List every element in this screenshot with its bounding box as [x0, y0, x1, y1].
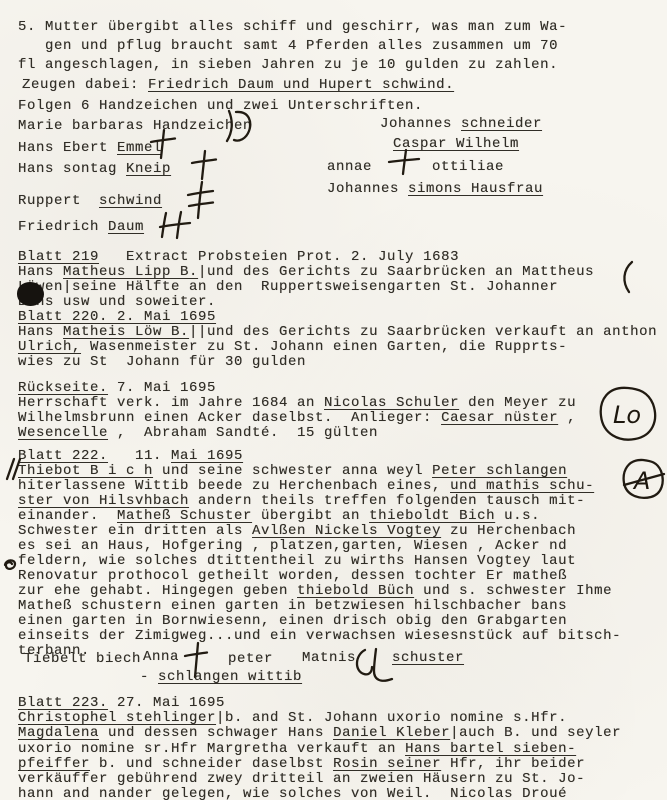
signature-emmel: Hans Ebert Emmel: [18, 140, 162, 156]
text-segment: Folgen 6 Handzeichen und zwei Unterschri…: [18, 98, 423, 114]
ink-blot: [17, 282, 44, 306]
text-line: es sei an Haus, Hofgering , platzen,gart…: [18, 539, 621, 554]
text-line: Schwester ein dritten als Avlßen Nickels…: [18, 524, 621, 539]
text-line: Rückseite. 7. Mai 1695: [18, 381, 576, 396]
text-segment: schuster: [392, 650, 464, 666]
text-segment: Wasenmeister zu St. Johann einen Garten,…: [81, 339, 567, 355]
text-segment: Tiebelt biech: [24, 651, 141, 667]
text-segment: pfeiffer: [18, 756, 90, 772]
text-segment: 5. Mutter übergibt alles schiff und gesc…: [18, 19, 567, 35]
text-segment: Wilhelmsbrunn einen Acker daselbst. Anli…: [18, 410, 441, 426]
text-segment: Blatt 222.: [18, 448, 108, 464]
text-segment: Johannes: [327, 181, 408, 197]
text-line: Matheß schustern einen garten in betzwie…: [18, 599, 621, 614]
text-segment: Caesar nüster: [441, 410, 558, 426]
text-segment: Zeugen dabei:: [22, 77, 148, 93]
h-handmark-icon: [158, 211, 192, 239]
text-segment: Blatt 219: [18, 249, 99, 265]
text-segment: zu Herchenbach: [441, 523, 576, 539]
text-line: einseits der Zimigweg...und ein verwachs…: [18, 629, 621, 644]
annotation-a-text: A: [632, 467, 650, 495]
text-segment: Nicolas Droué: [450, 786, 567, 800]
margin-annotation-lo: Lo: [596, 385, 660, 443]
text-segment: hann and nander gelegen, wie solches von…: [18, 786, 450, 800]
text-segment: Blatt 223.: [18, 695, 108, 711]
text-segment: Daum: [108, 219, 144, 235]
text-segment: 7. Mai 1695: [108, 380, 216, 396]
signature-schlangen-wittib: - schlangen wittib: [140, 669, 302, 685]
text-segment: und dessen schwager Hans: [99, 725, 333, 741]
text-segment: den Meyer zu: [459, 395, 576, 411]
cross-handmark-icon: [388, 149, 420, 175]
text-segment: Hfr, ihr beider: [441, 756, 585, 772]
text-line: wies zu St Johann für 30 gulden: [18, 355, 657, 370]
text-segment: u.s.: [495, 508, 540, 524]
text-segment: Löwen|seine Hälfte an den Ruppertsweisen…: [18, 279, 558, 295]
paren-handmark-icon: [620, 261, 634, 293]
text-segment: uxorio nomine sr.Hfr Margretha verkauft …: [18, 741, 405, 757]
text-segment: Avlßen Nickels Vogtey: [252, 523, 441, 539]
text-segment: annae: [327, 159, 372, 175]
text-segment: einseits der Zimigweg...und ein verwachs…: [18, 628, 621, 644]
text-segment: Matheis Löw B.: [63, 324, 189, 340]
text-segment: ,: [558, 410, 576, 426]
text-line: hann and nander gelegen, wie solches von…: [18, 787, 621, 800]
text-segment: schneider: [461, 116, 542, 132]
scribble-handmark-icon: [2, 556, 18, 572]
text-segment: andern theils treffen folgenden tausch m…: [189, 493, 585, 509]
text-line: Zeugen dabei: Friedrich Daum und Hupert …: [22, 78, 454, 93]
text-segment: Daniel Kleber: [333, 725, 450, 741]
text-segment: 27. Mai 1695: [108, 695, 225, 711]
text-segment: -: [140, 669, 158, 685]
signature-schneider: Johannes schneider: [380, 116, 542, 132]
signature-matnis: Matnis: [302, 650, 356, 666]
text-segment: Renovatur prothocol getheilt worden, des…: [18, 568, 567, 584]
text-segment: Kneip: [126, 161, 171, 177]
signature-ottiliae: ottiliae: [432, 159, 504, 175]
signature-schuster: schuster: [392, 650, 464, 666]
text-segment: Mai 1695: [171, 448, 243, 464]
text-segment: und seine schwester anna weyl: [153, 463, 432, 479]
text-segment: fl angeschlagen, in sieben Jahren zu je …: [18, 57, 558, 73]
signature-anna: Anna: [143, 649, 179, 665]
text-segment: Nicolas Schuler: [324, 395, 459, 411]
signature-daum: Friedrich Daum: [18, 219, 144, 235]
text-segment: Schwester ein dritten als: [18, 523, 252, 539]
signature-simons: Johannes simons Hausfrau: [327, 181, 543, 197]
section-blatt-223: Blatt 223. 27. Mai 1695Christophel stehl…: [18, 696, 621, 800]
text-line: Blatt 223. 27. Mai 1695: [18, 696, 621, 711]
text-segment: Thiebot B i c h: [18, 463, 153, 479]
text-line: Bans usw und soweiter.: [18, 295, 657, 310]
section-blatt-222: Blatt 222. 11. Mai 1695Thiebot B i c h u…: [18, 449, 621, 659]
text-segment: Matheß schustern einen garten in betzwie…: [18, 598, 567, 614]
text-segment: Friedrich: [18, 219, 108, 235]
text-segment: schlangen wittib: [158, 669, 302, 685]
text-line: Magdalena und dessen schwager Hans Danie…: [18, 726, 621, 741]
text-segment: Hans: [18, 324, 63, 340]
text-segment: Hans sontag: [18, 161, 126, 177]
text-line: Blatt 222. 11. Mai 1695: [18, 449, 621, 464]
text-segment: peter: [228, 651, 273, 667]
text-line: Wilhelmsbrunn einen Acker daselbst. Anli…: [18, 411, 576, 426]
text-segment: Magdalena: [18, 725, 99, 741]
text-line: zur ehe gehabt. Hingegen geben thiebold …: [18, 584, 621, 599]
text-line: feldern, wie solches dtittentheil zu wir…: [18, 554, 621, 569]
text-segment: Hans: [18, 264, 63, 280]
text-segment: , Abraham Sandté. 15 gülten: [108, 425, 378, 441]
text-segment: ster von Hilsvhbach: [18, 493, 189, 509]
signature-schwind: Ruppert schwind: [18, 193, 162, 209]
slashes-handmark-icon: [5, 458, 21, 480]
text-line: Renovatur prothocol getheilt worden, des…: [18, 569, 621, 584]
text-line: ster von Hilsvhbach andern theils treffe…: [18, 494, 621, 509]
text-segment: ottiliae: [432, 159, 504, 175]
text-segment: und s. schwester Ihme: [414, 583, 612, 599]
text-segment: Johannes: [380, 116, 461, 132]
text-segment: feldern, wie solches dtittentheil zu wir…: [18, 553, 576, 569]
text-segment: Anna: [143, 649, 179, 665]
text-segment: thieboldt Bich: [369, 508, 495, 524]
text-line: Blatt 219 Extract Probsteien Prot. 2. Ju…: [18, 250, 657, 265]
text-line: Blatt 220. 2. Mai 1695: [18, 310, 657, 325]
text-segment: Matheus Lipp B.: [63, 264, 198, 280]
text-segment: Hans Ebert: [18, 140, 117, 156]
text-segment: wies zu St Johann für 30 gulden: [18, 354, 306, 370]
text-segment: es sei an Haus, Hofgering , platzen,gart…: [18, 538, 567, 554]
text-segment: hiterlassene Wittib beede zu Herchenbach…: [18, 478, 450, 494]
text-segment: einen garten in Bornwiesenn, einen drisc…: [18, 613, 567, 629]
text-line: Herrschaft verk. im Jahre 1684 an Nicola…: [18, 396, 576, 411]
paragraph-item-5: 5. Mutter übergibt alles schiff und gesc…: [18, 18, 567, 75]
text-segment: schwind: [99, 193, 162, 209]
cross-handmark-icon: [190, 150, 218, 180]
text-segment: Bans usw und soweiter.: [18, 294, 216, 310]
scanned-document-page: 5. Mutter übergibt alles schiff und gesc…: [0, 0, 667, 800]
text-segment: einander.: [18, 508, 117, 524]
text-segment: verkäuffer gebührend zwey dritteil an zw…: [18, 771, 585, 787]
text-segment: Ruppert: [18, 193, 99, 209]
text-line: einander. Matheß Schuster übergibt an th…: [18, 509, 621, 524]
text-segment: |auch B. und seyler: [450, 725, 621, 741]
text-segment: Hans bartel sieben-: [405, 741, 576, 757]
text-segment: b. und schneider daselbst: [90, 756, 333, 772]
text-segment: Marie barbaras Handzeichen: [18, 118, 252, 134]
text-line: fl angeschlagen, in sieben Jahren zu je …: [18, 56, 567, 75]
text-segment: Wesencelle: [18, 425, 108, 441]
margin-annotation-a: A: [620, 458, 666, 500]
text-line: pfeiffer b. und schneider daselbst Rosin…: [18, 757, 621, 772]
signature-annae: annae: [327, 159, 372, 175]
text-segment: thiebold Büch: [297, 583, 414, 599]
text-segment: und mathis schu-: [450, 478, 594, 494]
text-line: Thiebot B i c h und seine schwester anna…: [18, 464, 621, 479]
text-segment: übergibt an: [252, 508, 369, 524]
text-line: Hans Matheis Löw B.||und des Gerichts zu…: [18, 325, 657, 340]
text-segment: Friedrich Daum und Hupert schwind.: [148, 77, 454, 93]
text-segment: zur ehe gehabt. Hingegen geben: [18, 583, 297, 599]
text-segment: Ulrich,: [18, 339, 81, 355]
text-line: hiterlassene Wittib beede zu Herchenbach…: [18, 479, 621, 494]
text-segment: Extract Probsteien Prot. 2. July 1683: [99, 249, 459, 265]
text-line: Wesencelle , Abraham Sandté. 15 gülten: [18, 426, 576, 441]
section-rueckseite: Rückseite. 7. Mai 1695Herrschaft verk. i…: [18, 381, 576, 441]
text-line: einen garten in Bornwiesenn, einen drisc…: [18, 614, 621, 629]
text-segment: gen und pflug braucht samt 4 Pferden all…: [18, 38, 558, 54]
text-segment: Rückseite.: [18, 380, 108, 396]
text-line: verkäuffer gebührend zwey dritteil an zw…: [18, 772, 621, 787]
text-segment: ||und des Gerichts zu Saarbrücken verkau…: [189, 324, 657, 340]
text-segment: Rosin seiner: [333, 756, 441, 772]
signature-tiebelt-biech: Tiebelt biech: [24, 651, 141, 667]
text-line: Folgen 6 Handzeichen und zwei Unterschri…: [18, 99, 423, 114]
handsigns-note: Folgen 6 Handzeichen und zwei Unterschri…: [18, 99, 423, 114]
text-segment: simons Hausfrau: [408, 181, 543, 197]
annotation-lo-text: Lo: [613, 401, 641, 429]
text-line: 5. Mutter übergibt alles schiff und gesc…: [18, 18, 567, 37]
text-segment: Christophel stehlinger: [18, 710, 216, 726]
text-segment: Blatt 220. 2. Mai 1695: [18, 309, 216, 325]
signature-marie: Marie barbaras Handzeichen: [18, 118, 252, 134]
d-flourish-handmark-icon: [222, 109, 252, 143]
text-segment: Herrschaft verk. im Jahre 1684 an: [18, 395, 324, 411]
text-segment: Peter schlangen: [432, 463, 567, 479]
text-segment: 11.: [108, 448, 171, 464]
text-segment: Matheß Schuster: [117, 508, 252, 524]
flourish-handmark-icon: [352, 647, 394, 685]
section-blatt-219-220: Blatt 219 Extract Probsteien Prot. 2. Ju…: [18, 250, 657, 370]
text-segment: |b. and St. Johann uxorio nomine s.Hfr.: [216, 710, 567, 726]
witnesses-line: Zeugen dabei: Friedrich Daum und Hupert …: [22, 78, 454, 93]
signature-kneip: Hans sontag Kneip: [18, 161, 171, 177]
text-line: Hans Matheus Lipp B.|und des Gerichts zu…: [18, 265, 657, 280]
cross-handmark-icon: [150, 129, 176, 159]
text-line: uxorio nomine sr.Hfr Margretha verkauft …: [18, 742, 621, 757]
text-segment: Matnis: [302, 650, 356, 666]
text-line: Ulrich, Wasenmeister zu St. Johann einen…: [18, 340, 657, 355]
text-line: Löwen|seine Hälfte an den Ruppertsweisen…: [18, 280, 657, 295]
text-line: gen und pflug braucht samt 4 Pferden all…: [18, 37, 567, 56]
signature-peter: peter: [228, 651, 273, 667]
text-segment: |und des Gerichts zu Saarbrücken an Matt…: [198, 264, 594, 280]
